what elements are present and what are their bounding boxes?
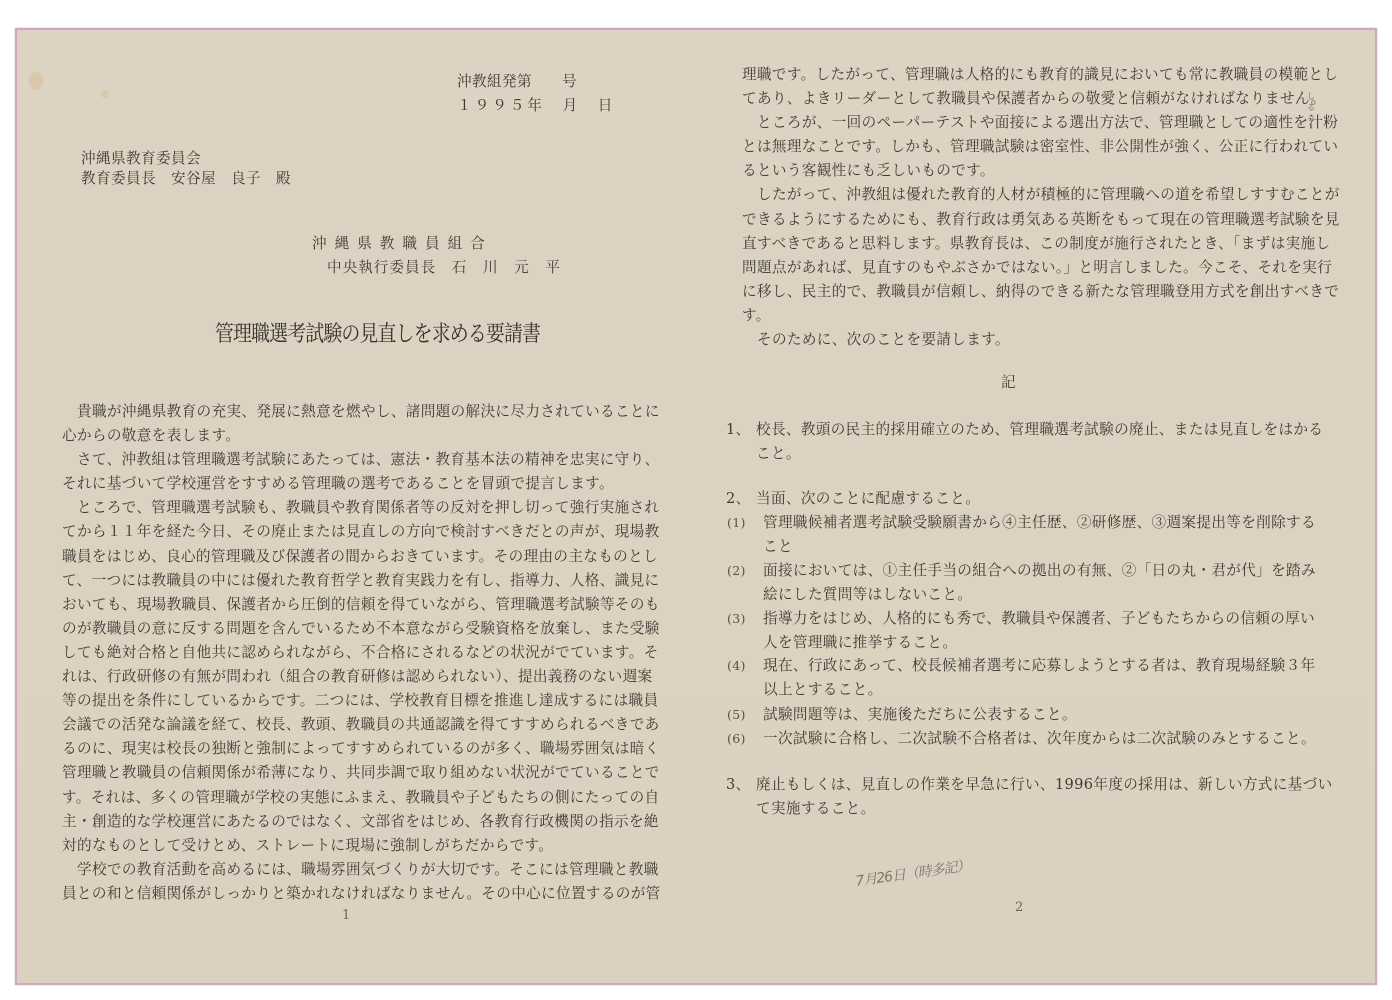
request-sub-item: (4)現在、行政にあって、校長候補者選考に応募しようとする者は、教育現場経験３年… [727,654,1317,702]
body-text-line: 管理職と教職員の信頼関係が希薄になり、共同歩調で取り組めない状況がでていることで [62,761,632,785]
page-2: しるこ 理職です。したがって、管理職は人格的にも教育的識見においても常に教職員の… [707,30,1379,983]
page-number: 2 [1015,900,1023,915]
sender-person: 中央執行委員長 石 川 元 平 [327,256,561,277]
addressee-person: 教育委員長 安谷屋 良子 殿 [81,167,291,188]
item-label: (3) [727,607,763,631]
body-text-line: のが教職員の意に反する問題を含んでいるため不本意ながら受験資格を放棄し、また受験 [62,617,632,641]
scanned-document-sheet: 沖教組発第 号 １９９５年 月 日 沖縄県教育委員会 教育委員長 安谷屋 良子 … [15,28,1377,985]
item-text: 当面、次のことに配慮すること。 [756,490,980,507]
body-text-line: 学校での教育活動を高めるには、職場雰囲気づくりが大切です。そこには管理職と教職 [62,858,632,882]
body-text-line: 対的なものとして受けとめ、ストレートに現場に強制しがちだからです。 [62,834,632,858]
item-label: 2、 [726,487,756,511]
item-label: 3、 [726,773,756,797]
handwritten-note: 7月26日（時多記） [854,855,970,891]
item-label: (2) [727,559,763,583]
item-label: (1) [727,511,763,535]
ki-heading: 記 [1001,371,1016,392]
furigana-annotation: しるこ [1307,91,1322,124]
item-text: 絵にした質問等はしないこと。 [763,586,972,603]
item-text: 現在、行政にあって、校長候補者選考に応募しようとする者は、教育現場経験３年 [763,657,1315,674]
body-text-line: 問題点があれば、見直すのもやぶさかではない。」と明言しました。今こそ、それを実行 [742,256,1322,280]
request-sub-item: (2)面接においては、①主任手当の組合への拠出の有無、②「日の丸・君が代」を踏み… [727,559,1317,607]
body-text-line: 会議での活発な論議を経て、校長、教頭、教職員の共通認識を得てすすめられるべきであ [62,713,632,737]
body-text-line: したがって、沖教組は優れた教育的人材が積極的に管理職への道を希望しすすむことが [742,183,1322,207]
body-text-line: 心からの敬意を表します。 [62,424,632,448]
item-label: 1、 [726,418,756,442]
body-text-line: す。 [742,304,1322,328]
body-text-line: 員との和と信頼関係がしっかりと築かれなければなりません。その中心に位置するのが管 [62,882,632,906]
body-text-line: それに基づいて学校運営をすすめる管理職の選考であることを冒頭で提言します。 [62,472,632,496]
item-label: (6) [727,727,763,751]
body-text-line: ところが、一回のペーパーテストや面接による選出方法で、管理職としての適性を汁粉 [742,111,1322,135]
item-text: 一次試験に合格し、二次試験不合格者は、次年度からは二次試験のみとすること。 [763,730,1316,747]
item-label: (5) [727,703,763,727]
document-date: １９９５年 月 日 [457,94,615,115]
request-item: 3、廃止もしくは、見直しの作業を早急に行い、1996年度の採用は、新しい方式に基… [726,773,1316,821]
item-text: 面接においては、①主任手当の組合への拠出の有無、②「日の丸・君が代」を踏み [763,562,1316,579]
item-text: こと [763,538,793,555]
body-text-line: とは無理なことです。しかも、管理職試験は密室性、非公開性が強く、公正に行われてい [742,135,1322,159]
body-text-line: できるようにするためにも、教育行政は勇気ある英断をもって現在の管理職選考試験を見 [742,208,1322,232]
addressee-organization: 沖縄県教育委員会 [81,147,201,168]
body-text-line: さて、沖教組は管理職選考試験にあたっては、憲法・教育基本法の精神を忠実に守り、 [62,448,632,472]
body-text-line: ところで、管理職選考試験も、教職員や教育関係者等の反対を押し切って強行実施され [62,496,632,520]
page-1-body: 貴職が沖縄県教育の充実、発展に熱意を燃やし、諸問題の解決に尽力されていることに心… [62,400,632,906]
request-sub-item: (6)一次試験に合格し、二次試験不合格者は、次年度からは二次試験のみとすること。 [727,727,1317,751]
body-text-line: れは、行政研修の有無が問われ（組合の教育研修は認められない）、提出義務のない週案 [62,665,632,689]
item-text: 管理職候補者選考試験受験願書から④主任歴、②研修歴、③週案提出等を削除する [763,514,1316,531]
body-text-line: そのために、次のことを要請します。 [742,328,1322,352]
item-label: (4) [727,654,763,678]
body-text-line: て、一つには教職員の中には優れた教育哲学と教育実践力を有し、指導力、人格、識見に [62,569,632,593]
sender-organization: 沖縄県教職員組合 [312,232,493,253]
body-text-line: 職員をはじめ、良心的管理職及び保護者の間からおきています。その理由の主なものとし [62,545,632,569]
body-text-line: てあり、よきリーダーとして教職員や保護者からの敬愛と信頼がなければなりません。 [742,87,1322,111]
page-number: 1 [342,908,350,923]
item-text: 廃止もしくは、見直しの作業を早急に行い、1996年度の採用は、新しい方式に基づい [756,776,1333,793]
item-text: こと。 [756,445,801,462]
body-text-line: 直すべきであると思料します。県教育長は、この制度が施行されたとき、「まずは実施し [742,232,1322,256]
item-text: 指導力をはじめ、人格的にも秀で、教職員や保護者、子どもたちからの信頼の厚い [763,610,1315,627]
item-text: 以上とすること。 [763,681,883,698]
page-1: 沖教組発第 号 １９９５年 月 日 沖縄県教育委員会 教育委員長 安谷屋 良子 … [17,30,707,983]
body-text-line: しても絶対合格と自他共に認められながら、不合格にされるなどの状況がでています。そ [62,641,632,665]
body-text-line: 貴職が沖縄県教育の充実、発展に熱意を燃やし、諸問題の解決に尽力されていることに [62,400,632,424]
document-number: 沖教組発第 号 [457,70,577,91]
page-2-body: しるこ 理職です。したがって、管理職は人格的にも教育的識見においても常に教職員の… [742,63,1322,352]
request-sub-item: (1)管理職候補者選考試験受験願書から④主任歴、②研修歴、③週案提出等を削除する… [727,511,1317,559]
body-text-line: す。それは、多くの管理職が学校の実態にふまえ、教職員や子どもたちの側にたっての自 [62,786,632,810]
request-sub-item: (3)指導力をはじめ、人格的にも秀で、教職員や保護者、子どもたちからの信頼の厚い… [727,607,1317,655]
item-text: 人を管理職に推挙すること。 [763,634,957,651]
request-sub-item: (5)試験問題等は、実施後ただちに公表すること。 [727,703,1317,727]
body-text-line: 等の提出を条件にしているからです。二つには、学校教育目標を推進し達成するには職員 [62,689,632,713]
body-text-line: おいても、現場教職員、保護者から圧倒的信頼を得ていながら、管理職選考試験等そのも [62,593,632,617]
body-text-line: てから１１年を経た今日、その廃止または見直しの方向で検討すべきだとの声が、現場教 [62,520,632,544]
request-item: 1、校長、教頭の民主的採用確立のため、管理職選考試験の廃止、または見直しをはかる… [726,418,1316,466]
body-text-line: に移し、民主的で、教職員が信頼し、納得のできる新たな管理職登用方式を創出すべきで [742,280,1322,304]
body-text-line: 主・創造的な学校運営にあたるのではなく、文部省をはじめ、各教育行政機関の指示を絶 [62,810,632,834]
item-text: 試験問題等は、実施後ただちに公表すること。 [763,706,1077,723]
body-text-line: るのに、現実は校長の独断と強制によってすすめられているのが多く、職場雰囲気は暗く [62,737,632,761]
body-text-line: 理職です。したがって、管理職は人格的にも教育的識見においても常に教職員の模範とし [742,63,1322,87]
request-item: 2、当面、次のことに配慮すること。 [726,487,1316,511]
document-title: 管理職選考試験の見直しを求める要請書 [215,317,540,348]
item-text: て実施すること。 [756,800,876,817]
item-text: 校長、教頭の民主的採用確立のため、管理職選考試験の廃止、または見直しをはかる [756,421,1323,438]
body-text-line: るという客観性にも乏しいものです。 [742,159,1322,183]
